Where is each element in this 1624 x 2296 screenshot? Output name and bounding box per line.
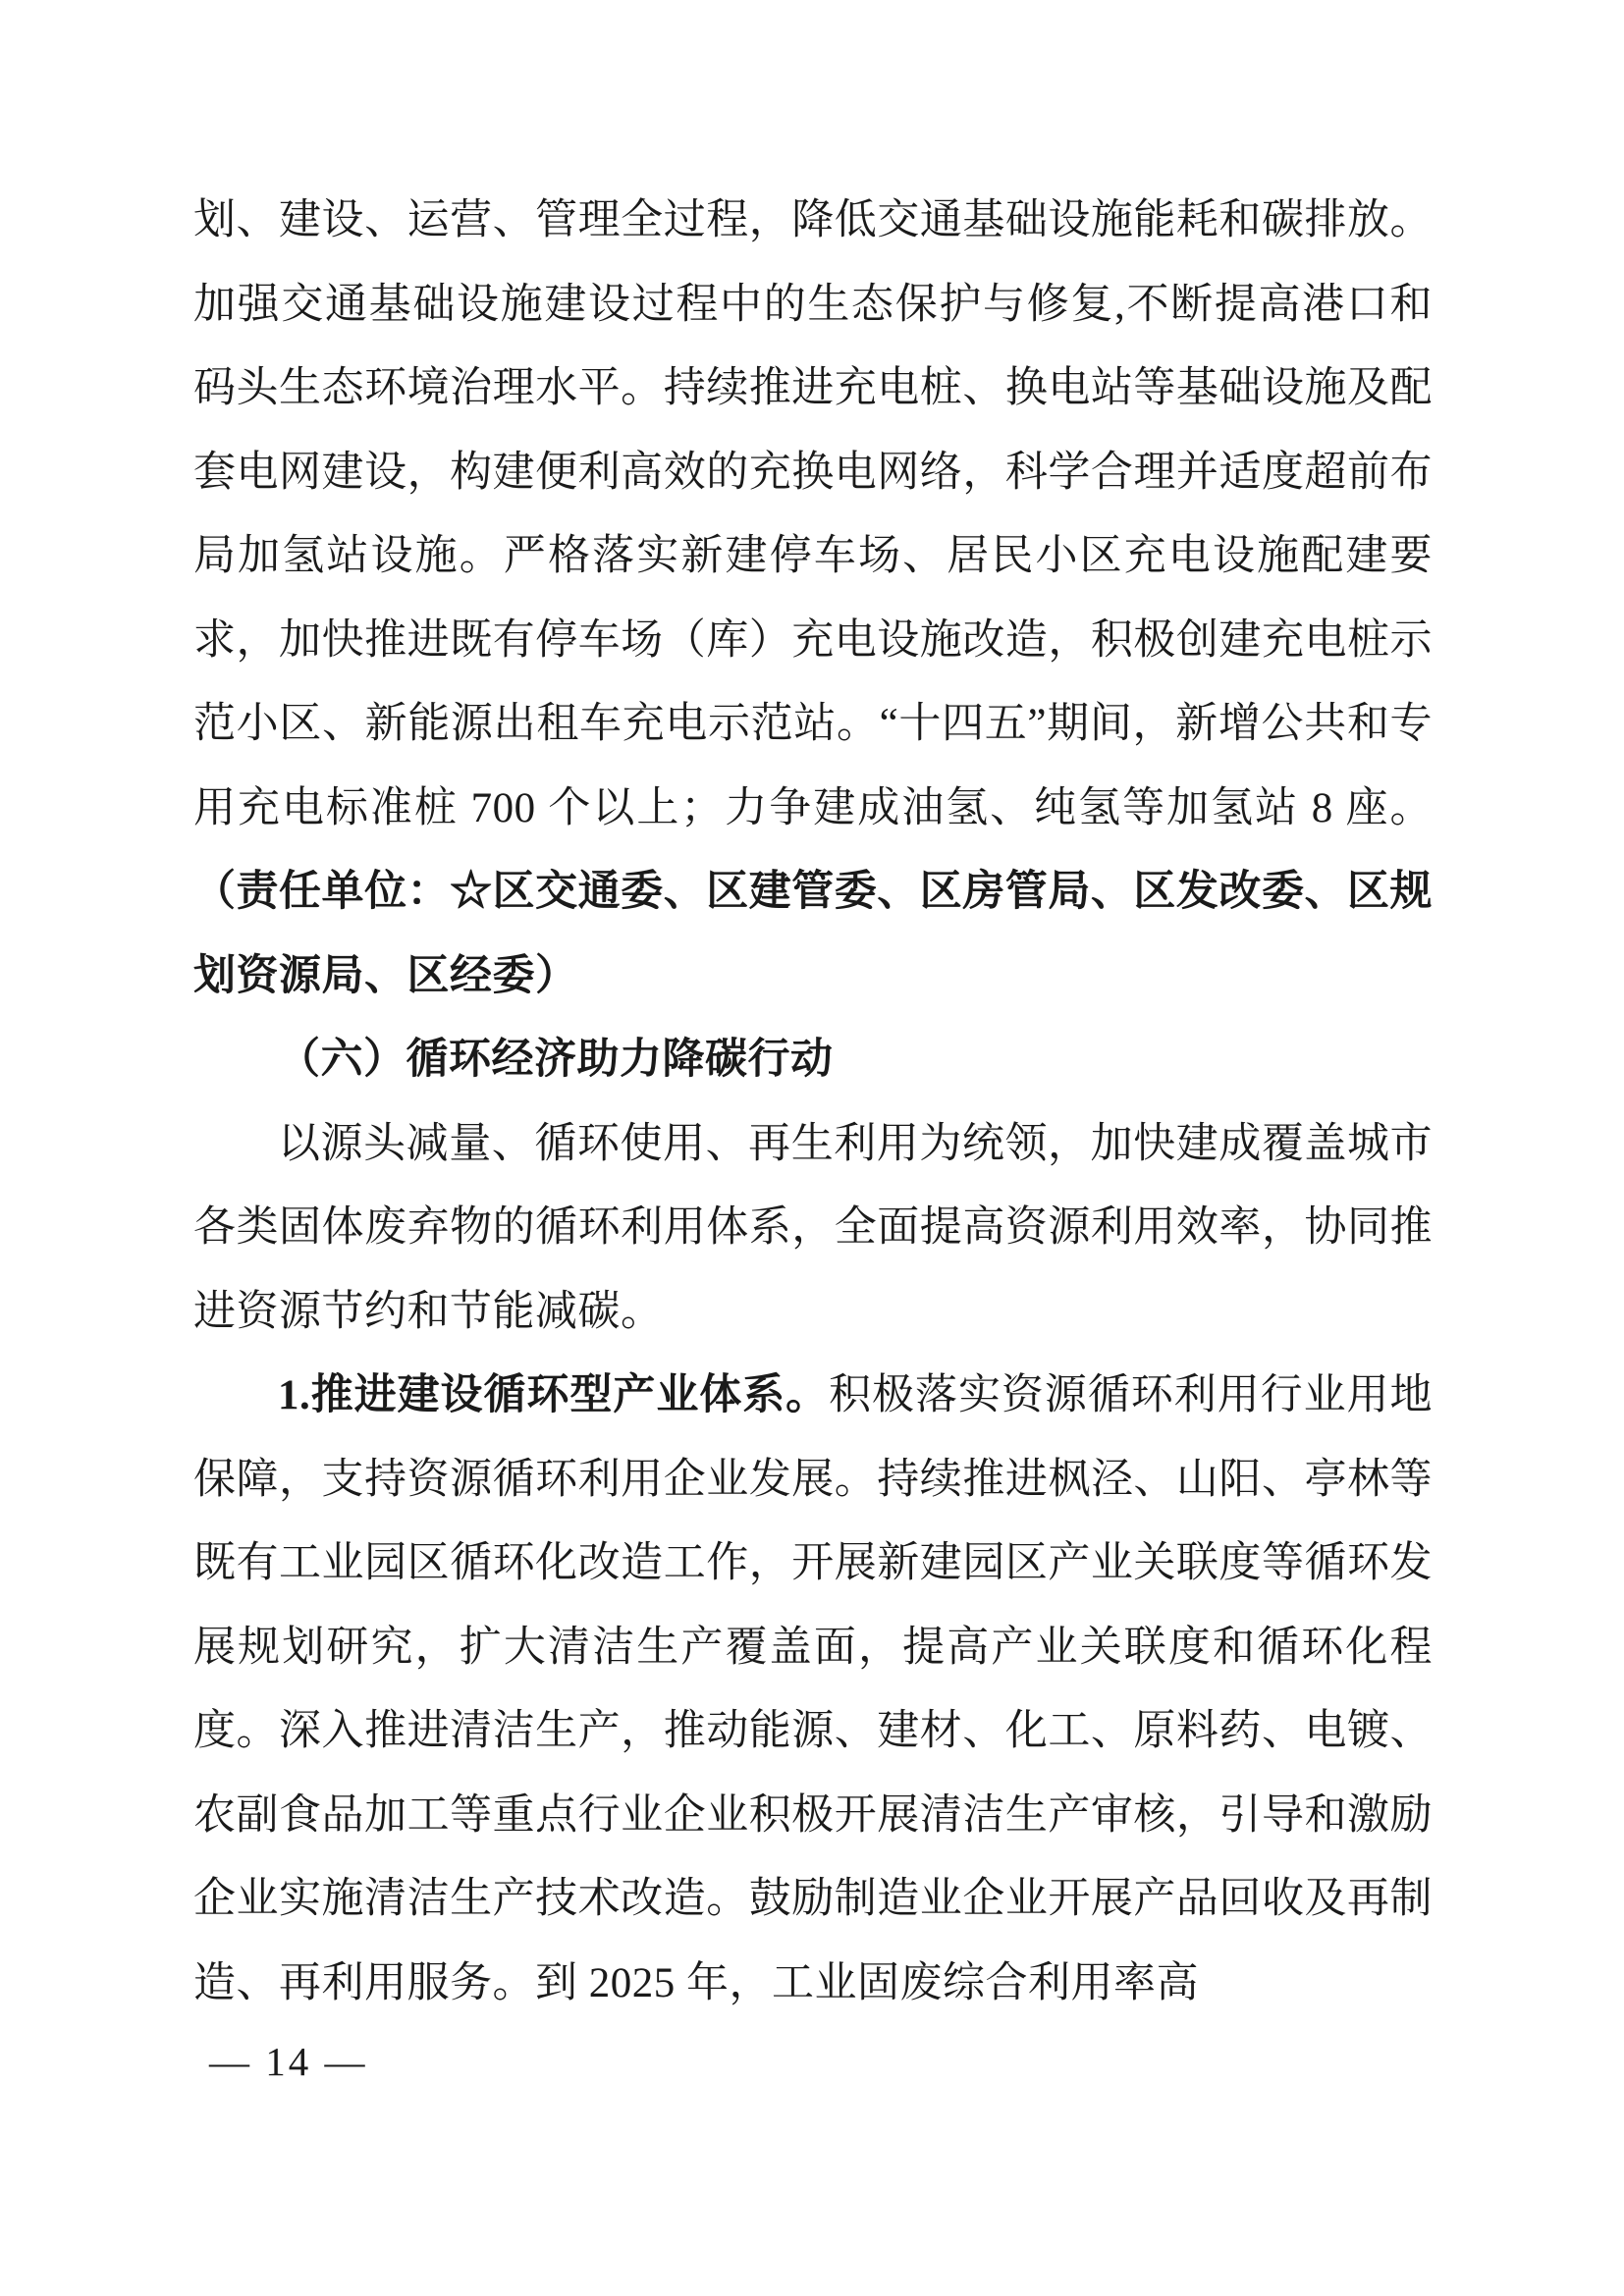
section-heading-text: （六）循环经济助力降碳行动 (278, 1037, 834, 1083)
paragraph-transport-continuation: 划、建设、运营、管理全过程，降低交通基础设施能耗和碳排放。加强交通基础设施建设过… (193, 179, 1433, 1018)
body-text-segment: 积极落实资源循环利用行业用地保障，支持资源循环利用企业发展。持续推进枫泾、山阳、… (193, 1372, 1433, 2006)
page-footer: — 14 — (209, 2038, 368, 2085)
responsibility-units-text: （责任单位：☆区交通委、区建管委、区房管局、区发改委、区规划资源局、区经委） (193, 869, 1433, 999)
document-text-block: 划、建设、运营、管理全过程，降低交通基础设施能耗和碳排放。加强交通基础设施建设过… (193, 179, 1433, 2025)
body-text-segment: 以源头减量、循环使用、再生利用为统领，加快建成覆盖城市各类固体废弃物的循环利用体… (193, 1121, 1433, 1335)
document-page: 划、建设、运营、管理全过程，降低交通基础设施能耗和碳排放。加强交通基础设施建设过… (0, 0, 1624, 2296)
paragraph-item1-circular-industry: 1.推进建设循环型产业体系。积极落实资源循环利用行业用地保障，支持资源循环利用企… (193, 1354, 1433, 2025)
page-number: — 14 — (209, 2039, 368, 2084)
paragraph-circular-economy-intro: 以源头减量、循环使用、再生利用为统领，加快建成覆盖城市各类固体废弃物的循环利用体… (193, 1102, 1433, 1355)
body-text-segment: 划、建设、运营、管理全过程，降低交通基础设施能耗和碳排放。加强交通基础设施建设过… (193, 197, 1433, 831)
section-heading: （六）循环经济助力降碳行动 (193, 1018, 1433, 1102)
item1-lead-in-text: 1.推进建设循环型产业体系。 (278, 1372, 829, 1418)
